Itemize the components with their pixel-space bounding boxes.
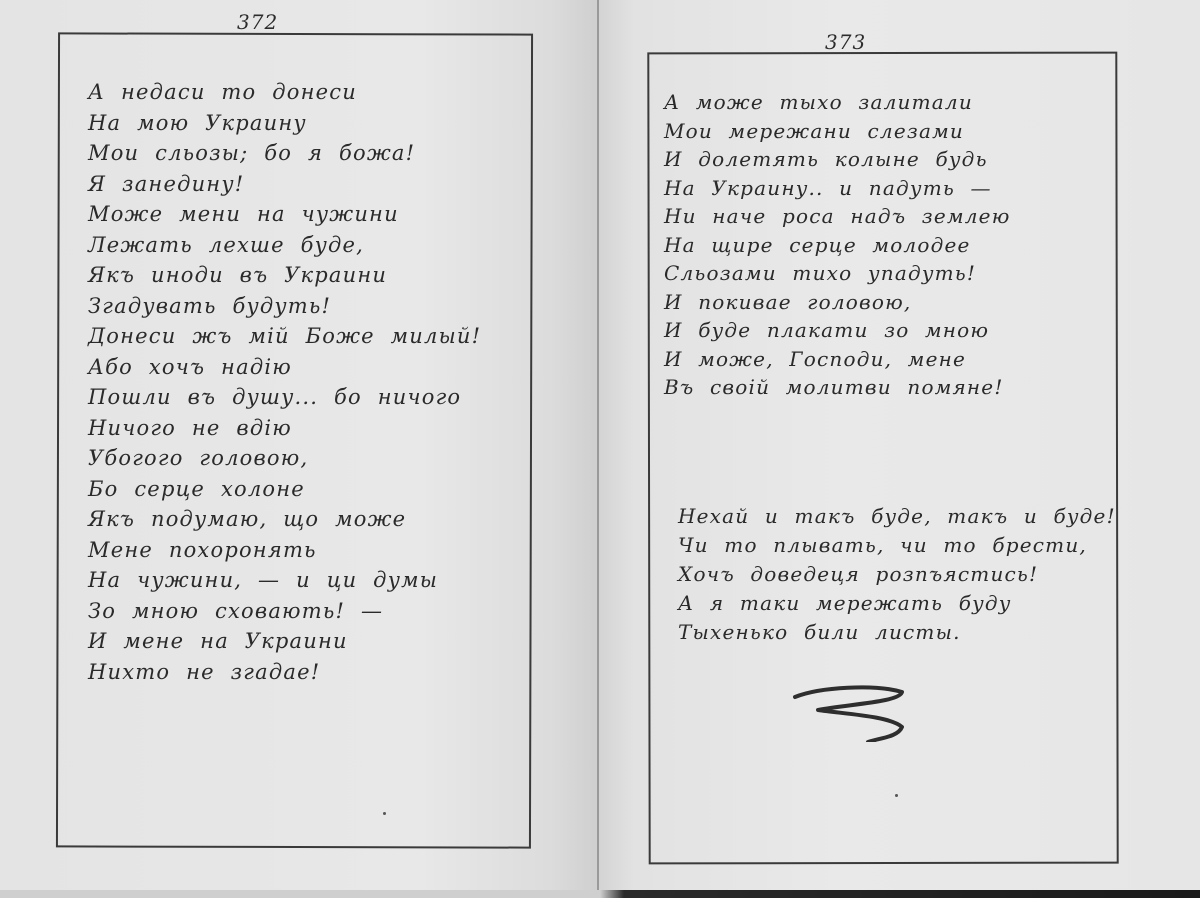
poem-line: Хочъ доведеця розпъястись! bbox=[678, 560, 1116, 589]
poem-line: И може, Господи, мене bbox=[664, 345, 1011, 374]
poem-line: Лежать лехше буде, bbox=[88, 230, 481, 261]
poem-line: Чи то плывать, чи то брести, bbox=[678, 531, 1116, 560]
paper-speck bbox=[383, 812, 386, 815]
right-page: 373 А може тыхо залитали Мои мережани сл… bbox=[598, 0, 1200, 890]
poem-line: Мои мережани слезами bbox=[664, 117, 1011, 146]
poem-line: На чужини, — и ци думы bbox=[88, 565, 481, 596]
end-flourish-icon bbox=[790, 682, 910, 742]
poem-line: Згадувать будуть! bbox=[88, 291, 481, 322]
poem-line: Донеси жъ мій Боже милый! bbox=[88, 321, 481, 352]
poem-line: На мою Украину bbox=[88, 108, 481, 139]
manuscript-spread: 372 А недаси то донеси На мою Украину Мо… bbox=[0, 0, 1200, 890]
poem-line: А може тыхо залитали bbox=[664, 88, 1011, 117]
poem-line: Бо серце холоне bbox=[88, 474, 481, 505]
poem-line: И буде плакати зо мною bbox=[664, 316, 1011, 345]
poem-line: Нехай и такъ буде, такъ и буде! bbox=[678, 502, 1116, 531]
poem-line: Я занедину! bbox=[88, 169, 481, 200]
poem-line: Въ своій молитви помяне! bbox=[664, 373, 1011, 402]
poem-line: Убогого головою, bbox=[88, 443, 481, 474]
poem-line: А недаси то донеси bbox=[88, 77, 481, 108]
poem-line: Якъ иноди въ Украини bbox=[88, 260, 481, 291]
page-bottom-edge bbox=[0, 890, 1200, 898]
page-number: 372 bbox=[237, 10, 278, 34]
poem-line: И мене на Украини bbox=[88, 626, 481, 657]
poem-line: Якъ подумаю, що може bbox=[88, 504, 481, 535]
poem-line: И покивае головою, bbox=[664, 288, 1011, 317]
book-gutter bbox=[597, 0, 599, 890]
poem-line: Зо мною сховають! — bbox=[88, 596, 481, 627]
poem-line: А я таки мережать буду bbox=[678, 589, 1116, 618]
poem-line: Може мени на чужини bbox=[88, 199, 481, 230]
poem-line: Мои сльозы; бо я божа! bbox=[88, 138, 481, 169]
poem-line: Нихто не згадае! bbox=[88, 657, 481, 688]
poem-line: Ничого не вдію bbox=[88, 413, 481, 444]
poem-line: Мене похоронять bbox=[88, 535, 481, 566]
poem-line: Сльозами тихо упадуть! bbox=[664, 259, 1011, 288]
poem-line: На Украину.. и падуть — bbox=[664, 174, 1011, 203]
left-page: 372 А недаси то донеси На мою Украину Мо… bbox=[0, 0, 598, 890]
poem-line: Ни наче роса надъ землею bbox=[664, 202, 1011, 231]
poem-line: Або хочъ надію bbox=[88, 352, 481, 383]
poem-line: Пошли въ душу... бо ничого bbox=[88, 382, 481, 413]
poem-stanza-1: А може тыхо залитали Мои мережани слезам… bbox=[664, 88, 1011, 402]
poem-line: Тыхенько били листы. bbox=[678, 618, 1116, 647]
poem-text: А недаси то донеси На мою Украину Мои сл… bbox=[88, 77, 481, 687]
poem-line: И долетять колыне будь bbox=[664, 145, 1011, 174]
poem-stanza-2: Нехай и такъ буде, такъ и буде! Чи то пл… bbox=[678, 502, 1116, 647]
page-number: 373 bbox=[825, 30, 866, 54]
paper-speck bbox=[895, 794, 898, 797]
poem-line: На щире серце молодее bbox=[664, 231, 1011, 260]
